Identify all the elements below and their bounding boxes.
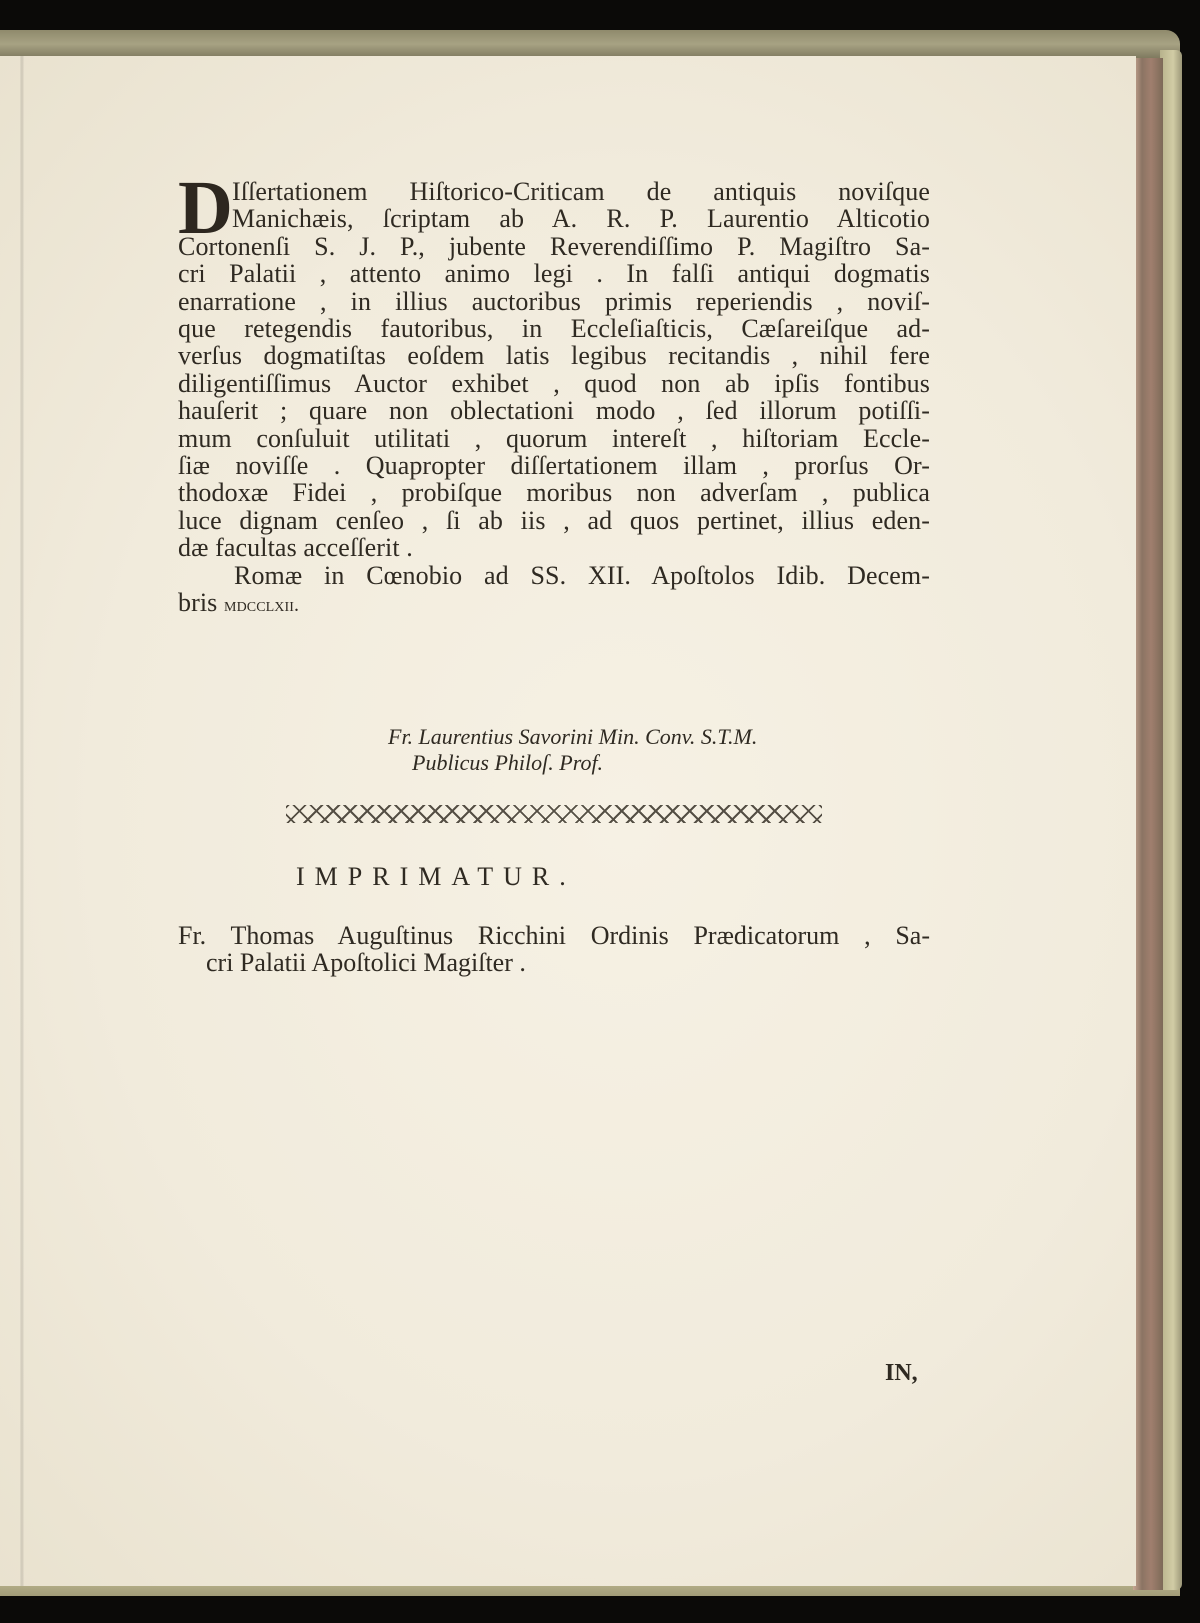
text-line: diligentiſſimus Auctor exhibet , quod no… (178, 370, 930, 397)
text-line: dæ facultas acceſſerit . (178, 534, 930, 561)
text-fragment: bris (178, 588, 217, 617)
imprimatur-heading: IMPRIMATUR. (296, 862, 576, 892)
signature-name: Fr. Laurentius Savorini Min. Conv. S.T.M… (388, 724, 757, 750)
text-line: verſus dogmatiſtas eoſdem latis legibus … (178, 342, 930, 369)
text-line: luce dignam cenſeo , ſi ab iis , ad quos… (178, 507, 930, 534)
text-line: Romæ in Cœnobio ad SS. XII. Apoſtolos Id… (178, 562, 930, 589)
text-line: que retegendis fautoribus, in Eccleſiaſt… (178, 315, 930, 342)
drop-cap-letter: D (178, 180, 233, 236)
page-fore-edge (1133, 58, 1163, 1590)
text-line: bris mdcclxii. (178, 589, 930, 619)
text-line: Manichæis, ſcriptam ab A. R. P. Laurenti… (178, 205, 930, 232)
catchword: IN, (885, 1360, 918, 1387)
date-roman-numeral: mdcclxii. (224, 594, 299, 616)
censor-approval-text: D Iſſertationem Hiſtorico-Criticam de an… (178, 178, 930, 620)
text-line: hauſerit ; quare non oblectationi modo ,… (178, 397, 930, 424)
text-line: ſiæ noviſſe . Quapropter diſſertationem … (178, 452, 930, 479)
text-line: Cortonenſi S. J. P., jubente Reverendiſſ… (178, 233, 930, 260)
dateline-paragraph: Romæ in Cœnobio ad SS. XII. Apoſtolos Id… (178, 562, 930, 620)
book-page: D Iſſertationem Hiſtorico-Criticam de an… (0, 56, 1136, 1586)
signature-title: Publicus Philoſ. Prof. (412, 750, 603, 776)
text-line: mum conſuluit utilitati , quorum intereſ… (178, 425, 930, 452)
text-line: Fr. Thomas Auguſtinus Ricchini Ordinis P… (178, 922, 930, 949)
binding-gutter (20, 56, 24, 1586)
book-board-right-edge (1160, 50, 1182, 1590)
text-line: cri Palatii , attento animo legi . In fa… (178, 260, 930, 287)
text-line: enarratione , in illius auctoribus primi… (178, 288, 930, 315)
book-board-top-edge (0, 30, 1180, 58)
first-paragraph: D Iſſertationem Hiſtorico-Criticam de an… (178, 178, 930, 562)
text-line: Iſſertationem Hiſtorico-Criticam de anti… (178, 178, 930, 205)
text-line: thodoxæ Fidei , probiſque moribus non ad… (178, 479, 930, 506)
ornament-rule (286, 805, 822, 823)
imprimatur-approval: Fr. Thomas Auguſtinus Ricchini Ordinis P… (178, 922, 930, 976)
text-line: cri Palatii Apoſtolici Magiſter . (178, 949, 930, 976)
